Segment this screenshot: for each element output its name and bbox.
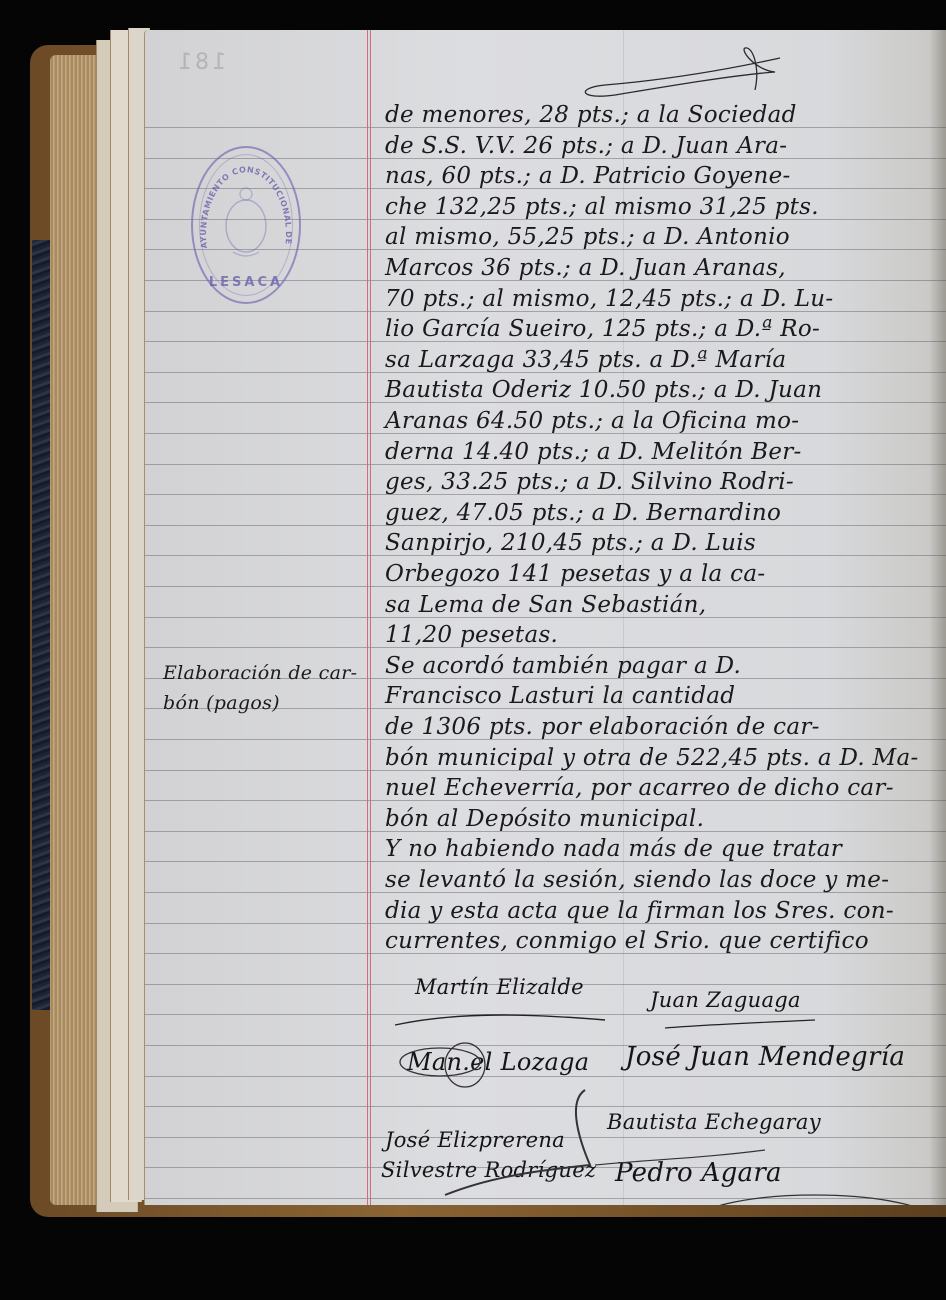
handwritten-text: Bautista Oderiz 10.50 pts.; a D. Juan [385, 377, 933, 403]
handwritten-text: 70 pts.; al mismo, 12,45 pts.; a D. Lu- [385, 286, 933, 312]
handwritten-text: Francisco Lasturi la cantidad [385, 683, 933, 709]
text-line: guez, 47.05 pts.; a D. Bernardino [385, 500, 933, 530]
text-line: derna 14.40 pts.; a D. Melitón Ber- [385, 439, 933, 469]
handwritten-text: derna 14.40 pts.; a D. Melitón Ber- [385, 439, 933, 465]
handwritten-text: dia y esta acta que la firman los Sres. … [385, 898, 933, 924]
handwritten-text: Marcos 36 pts.; a D. Juan Aranas, [385, 255, 933, 281]
handwritten-text: de S.S. V.V. 26 pts.; a D. Juan Ara- [385, 133, 933, 159]
text-line: currentes, conmigo el Srio. que certific… [385, 928, 933, 958]
text-line: Y no habiendo nada más de que tratar [385, 836, 933, 866]
stamp-town-name: LESACA [193, 275, 299, 290]
margin-line [370, 30, 371, 1205]
text-line: Bautista Oderiz 10.50 pts.; a D. Juan [385, 377, 933, 407]
handwritten-text: 11,20 pesetas. [385, 622, 933, 648]
stamp-arc-text: AYUNTAMIENTO CONSTITUCIONAL DE [199, 165, 293, 249]
text-line: sa Lema de San Sebastián, [385, 592, 933, 622]
handwritten-text: al mismo, 55,25 pts.; a D. Antonio [385, 224, 933, 250]
handwritten-text: lio García Sueiro, 125 pts.; a D.ª Ro- [385, 316, 933, 342]
handwritten-text: currentes, conmigo el Srio. que certific… [385, 928, 933, 954]
text-line: bón municipal y otra de 522,45 pts. a D.… [385, 745, 933, 775]
text-line: lio García Sueiro, 125 pts.; a D.ª Ro- [385, 316, 933, 346]
text-line: bón al Depósito municipal. [385, 806, 933, 836]
handwritten-text: de 1306 pts. por elaboración de car- [385, 714, 933, 740]
margin-note-line-2: bón (pagos) [163, 692, 280, 714]
handwritten-text: bón al Depósito municipal. [385, 806, 933, 832]
handwritten-text: Aranas 64.50 pts.; a la Oficina mo- [385, 408, 933, 434]
handwritten-text: sa Larzaga 33,45 pts. a D.ª María [385, 347, 933, 373]
handwritten-text: nuel Echeverría, por acarreo de dicho ca… [385, 775, 933, 801]
text-line: Francisco Lasturi la cantidad [385, 683, 933, 713]
margin-note-line-1: Elaboración de car- [163, 662, 357, 684]
text-line: 11,20 pesetas. [385, 622, 933, 652]
text-line: che 132,25 pts.; al mismo 31,25 pts. [385, 194, 933, 224]
margin-line [367, 30, 368, 1205]
handwritten-text: de menores, 28 pts.; a la Sociedad [385, 102, 933, 128]
text-line: al mismo, 55,25 pts.; a D. Antonio [385, 224, 933, 254]
text-line: Orbegozo 141 pesetas y a la ca- [385, 561, 933, 591]
handwritten-text: ges, 33.25 pts.; a D. Silvino Rodri- [385, 469, 933, 495]
text-line: ges, 33.25 pts.; a D. Silvino Rodri- [385, 469, 933, 499]
handwritten-text: se levantó la sesión, siendo las doce y … [385, 867, 933, 893]
text-line: Se acordó también pagar a D. [385, 653, 933, 683]
handwritten-text: Y no habiendo nada más de que tratar [385, 836, 933, 862]
text-line: sa Larzaga 33,45 pts. a D.ª María [385, 347, 933, 377]
text-line: 70 pts.; al mismo, 12,45 pts.; a D. Lu- [385, 286, 933, 316]
text-line: de 1306 pts. por elaboración de car- [385, 714, 933, 744]
text-line: dia y esta acta que la firman los Sres. … [385, 898, 933, 928]
handwritten-text: Sanpirjo, 210,45 pts.; a D. Luis [385, 530, 933, 556]
text-line: de menores, 28 pts.; a la Sociedad [385, 102, 933, 132]
text-line: se levantó la sesión, siendo las doce y … [385, 867, 933, 897]
top-flourish-icon [575, 40, 795, 100]
text-line: Aranas 64.50 pts.; a la Oficina mo- [385, 408, 933, 438]
signature-loop-icon [665, 1180, 945, 1205]
text-line: nuel Echeverría, por acarreo de dicho ca… [385, 775, 933, 805]
text-line: Marcos 36 pts.; a D. Juan Aranas, [385, 255, 933, 285]
municipal-stamp: AYUNTAMIENTO CONSTITUCIONAL DE LESACA [191, 146, 301, 304]
handwritten-text: nas, 60 pts.; a D. Patricio Goyene- [385, 163, 933, 189]
text-line: de S.S. V.V. 26 pts.; a D. Juan Ara- [385, 133, 933, 163]
handwritten-text: sa Lema de San Sebastián, [385, 592, 933, 618]
signature-flourishes-icon [385, 990, 946, 1200]
document-page: 181 AYUNTAMIENTO CONSTITUCIONAL DE LESAC… [144, 30, 946, 1205]
page-number: 181 [175, 50, 226, 75]
page-curl-shadow [929, 30, 946, 1205]
text-line: nas, 60 pts.; a D. Patricio Goyene- [385, 163, 933, 193]
text-line: Sanpirjo, 210,45 pts.; a D. Luis [385, 530, 933, 560]
handwritten-text: Se acordó también pagar a D. [385, 653, 933, 679]
svg-text:AYUNTAMIENTO CONSTITUCIONAL DE: AYUNTAMIENTO CONSTITUCIONAL DE [199, 165, 293, 249]
handwritten-text: Orbegozo 141 pesetas y a la ca- [385, 561, 933, 587]
handwritten-text: bón municipal y otra de 522,45 pts. a D.… [385, 745, 933, 771]
handwritten-text: che 132,25 pts.; al mismo 31,25 pts. [385, 194, 933, 220]
handwritten-text: guez, 47.05 pts.; a D. Bernardino [385, 500, 933, 526]
